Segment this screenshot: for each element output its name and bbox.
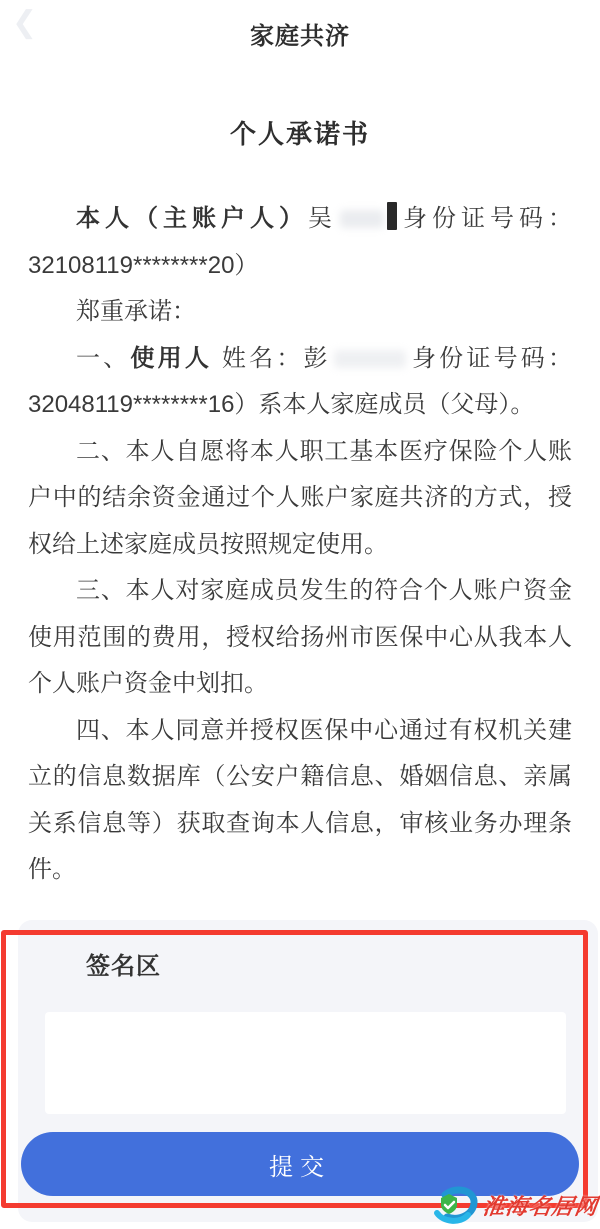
- watermark-text: 淮海名居网: [481, 1190, 600, 1221]
- page-title: 家庭共济: [0, 16, 600, 51]
- paragraph-solemn-promise: 郑重承诺：: [28, 289, 572, 336]
- paragraph-clause-three: 三、本人对家庭成员发生的符合个人账户资金使用范围的费用，授权给扬州市医保中心从我…: [28, 568, 572, 708]
- user-name-label: 姓名：: [212, 345, 304, 372]
- clause-four-text: 四、本人同意并授权医保中心通过有权机关建立的信息数据库（公安户籍信息、婚姻信息、…: [28, 717, 572, 884]
- id-label: 身份证号码：: [398, 205, 572, 232]
- user-id: 32048119********16）: [28, 391, 258, 418]
- account-holder-name: 吴: [308, 205, 337, 232]
- commitment-text: 本人（主账户人）吴身份证号码：32108119********20） 郑重承诺：…: [28, 196, 572, 894]
- signature-area-label: 签名区: [86, 946, 161, 981]
- paragraph-user-info: 一、使用人 姓名：彭身份证号码：32048119********16）系本人家庭…: [28, 336, 572, 429]
- paragraph-clause-four: 四、本人同意并授权医保中心通过有权机关建立的信息数据库（公安户籍信息、婚姻信息、…: [28, 708, 572, 894]
- clause-two-text: 二、本人自愿将本人职工基本医疗保险个人账户中的结余资金通过个人账户家庭共济的方式…: [28, 438, 572, 558]
- clause-one-number: 一、: [76, 345, 130, 372]
- solemn-promise-label: 郑重承诺：: [76, 298, 196, 325]
- signature-panel: 签名区 提交: [18, 920, 598, 1222]
- redacted-user-name-blur: [334, 350, 406, 368]
- family-member-note: 系本人家庭成员（父母）。: [258, 391, 534, 418]
- document-heading: 个人承诺书: [0, 114, 600, 151]
- clause-three-text: 三、本人对家庭成员发生的符合个人账户资金使用范围的费用，授权给扬州市医保中心从我…: [28, 577, 572, 697]
- signature-canvas[interactable]: [45, 1012, 566, 1114]
- paragraph-clause-two: 二、本人自愿将本人职工基本医疗保险个人账户中的结余资金通过个人账户家庭共济的方式…: [28, 429, 572, 569]
- paragraph-account-holder: 本人（主账户人）吴身份证号码：32108119********20）: [28, 196, 572, 289]
- redaction-bar: [387, 202, 397, 230]
- account-holder-id: 32108119********20）: [28, 252, 258, 279]
- user-label: 使用人: [130, 345, 212, 372]
- user-name: 彭: [304, 345, 331, 372]
- site-watermark: 淮海名居网: [429, 1183, 598, 1227]
- watermark-logo-icon: [429, 1183, 481, 1227]
- user-id-label: 身份证号码：: [409, 345, 572, 372]
- family-mutual-aid-page: ❮ 家庭共济 个人承诺书 本人（主账户人）吴身份证号码：32108119****…: [0, 0, 600, 1229]
- redacted-name-blur: [340, 210, 384, 228]
- account-holder-lead: 本人（主账户人）: [76, 205, 308, 232]
